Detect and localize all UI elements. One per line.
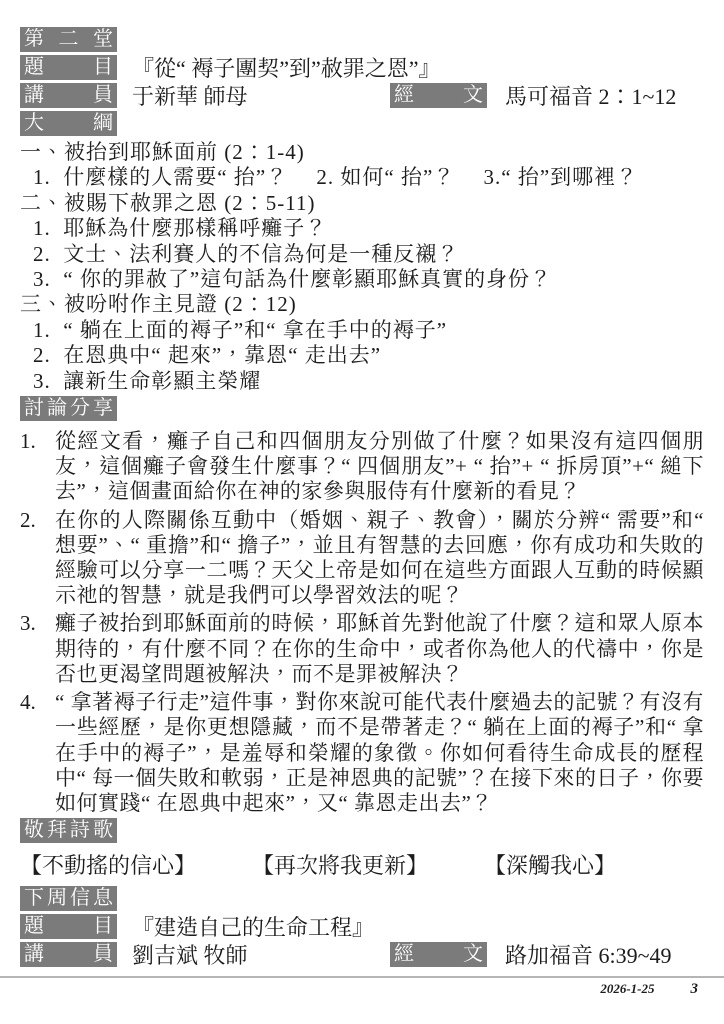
discussion-question: 1. 從經文看，癱子自己和四個朋友分別做了什麼？如果沒有這四個朋友，這個癱子會發… bbox=[20, 429, 704, 505]
next-week-section: 下周信息 題 目 『建造自己的生命工程』 講 員 劉吉斌 牧師 經 文 路加福音… bbox=[20, 885, 704, 968]
next-week-speaker-row: 講 員 劉吉斌 牧師 經 文 路加福音 6:39~49 bbox=[20, 941, 704, 968]
sermon-outline: 一、被抬到耶穌面前 (2：1-4) 1. 什麼樣的人需要“ 抬”？ 2. 如何“… bbox=[20, 140, 704, 394]
outline-sub-item: 3. 讓新生命彰顯主榮耀 bbox=[20, 369, 704, 394]
speaker-label: 講 員 bbox=[20, 83, 117, 108]
next-week-topic-row: 題 目 『建造自己的生命工程』 bbox=[20, 913, 704, 940]
scripture-label: 經 文 bbox=[390, 83, 487, 108]
page-footer: 2026-1-25 3 bbox=[20, 978, 704, 998]
question-text: 在你的人際關係互動中（婚姻、親子、教會），關於分辨“ 需要”和“ 想要”、“ 重… bbox=[55, 508, 704, 609]
question-number: 4. bbox=[20, 690, 55, 816]
question-number: 3. bbox=[20, 611, 55, 687]
footer-date: 2026-1-25 bbox=[600, 981, 654, 997]
topic-row: 題 目 『從“ 褥子團契”到”赦罪之恩”』 bbox=[20, 54, 704, 81]
discussion-section: 討論分享 1. 從經文看，癱子自己和四個朋友分別做了什麼？如果沒有這四個朋友，這… bbox=[20, 396, 704, 816]
speaker-row: 講 員 于新華 師母 經 文 馬可福音 2：1~12 bbox=[20, 82, 704, 109]
question-text: 癱子被抬到耶穌面前的時候，耶穌首先對他說了什麼？這和眾人原本期待的，有什麼不同？… bbox=[55, 611, 704, 687]
question-number: 2. bbox=[20, 508, 55, 609]
outline-heading: 二、被賜下赦罪之恩 (2：5-11) bbox=[20, 191, 704, 216]
worship-label: 敬拜詩歌 bbox=[20, 818, 117, 843]
song-title: 【深觸我心】 bbox=[484, 851, 616, 880]
question-text: “ 拿著褥子行走”這件事，對你來說可能代表什麼過去的記號？有沒有一些經歷，是你更… bbox=[55, 690, 704, 816]
topic-label: 題 目 bbox=[20, 55, 117, 80]
outline-heading: 三、被吩咐作主見證 (2：12) bbox=[20, 292, 704, 317]
outline-label: 大 綱 bbox=[20, 111, 117, 136]
discussion-label: 討論分享 bbox=[20, 396, 117, 421]
outline-sub-item: 2. 在恩典中“ 起來”，靠恩“ 走出去” bbox=[20, 343, 704, 368]
topic-label: 題 目 bbox=[20, 914, 117, 939]
speaker-name: 于新華 師母 bbox=[132, 80, 390, 111]
page-number: 3 bbox=[691, 981, 699, 998]
outline-sub-item: 1. 什麼樣的人需要“ 抬”？ 2. 如何“ 抬”？ 3.“ 抬”到哪裡？ bbox=[20, 165, 704, 190]
bulletin-page: 第 二 堂 題 目 『從“ 褥子團契”到”赦罪之恩”』 講 員 于新華 師母 經… bbox=[0, 0, 724, 1024]
next-week-speaker: 劉吉斌 牧師 bbox=[132, 939, 390, 970]
outline-sub-item: 3. “ 你的罪赦了”這句話為什麼彰顯耶穌真實的身份？ bbox=[20, 267, 704, 292]
song-title: 【再次將我更新】 bbox=[252, 851, 428, 880]
song-title: 【不動搖的信心】 bbox=[20, 851, 196, 880]
song-list: 【不動搖的信心】 【再次將我更新】 【深觸我心】 bbox=[20, 851, 704, 880]
question-number: 1. bbox=[20, 429, 55, 505]
next-week-title: 『建造自己的生命工程』 bbox=[132, 911, 374, 942]
outline-label-row: 大 綱 bbox=[20, 110, 704, 137]
next-week-label-row: 下周信息 bbox=[20, 885, 704, 912]
question-text: 從經文看，癱子自己和四個朋友分別做了什麼？如果沒有這四個朋友，這個癱子會發生什麼… bbox=[55, 429, 704, 505]
discussion-question: 2. 在你的人際關係互動中（婚姻、親子、教會），關於分辨“ 需要”和“ 想要”、… bbox=[20, 508, 704, 609]
scripture-label: 經 文 bbox=[390, 942, 487, 967]
session-row: 第 二 堂 bbox=[20, 26, 704, 53]
outline-sub-item: 1. 耶穌為什麼那樣稱呼癱子？ bbox=[20, 216, 704, 241]
worship-section: 敬拜詩歌 【不動搖的信心】 【再次將我更新】 【深觸我心】 bbox=[20, 818, 704, 880]
session-badge: 第 二 堂 bbox=[20, 27, 117, 52]
outline-sub-item: 1. “ 躺在上面的褥子”和“ 拿在手中的褥子” bbox=[20, 318, 704, 343]
outline-sub-item: 2. 文士、法利賽人的不信為何是一種反襯？ bbox=[20, 242, 704, 267]
next-week-label: 下周信息 bbox=[20, 886, 117, 911]
next-week-scripture: 路加福音 6:39~49 bbox=[505, 939, 672, 970]
outline-heading: 一、被抬到耶穌面前 (2：1-4) bbox=[20, 140, 704, 165]
sermon-title: 『從“ 褥子團契”到”赦罪之恩”』 bbox=[132, 52, 441, 83]
discussion-question: 4. “ 拿著褥子行走”這件事，對你來說可能代表什麼過去的記號？有沒有一些經歷，… bbox=[20, 690, 704, 816]
scripture-reference: 馬可福音 2：1~12 bbox=[505, 80, 676, 111]
speaker-label: 講 員 bbox=[20, 942, 117, 967]
discussion-question: 3. 癱子被抬到耶穌面前的時候，耶穌首先對他說了什麼？這和眾人原本期待的，有什麼… bbox=[20, 611, 704, 687]
